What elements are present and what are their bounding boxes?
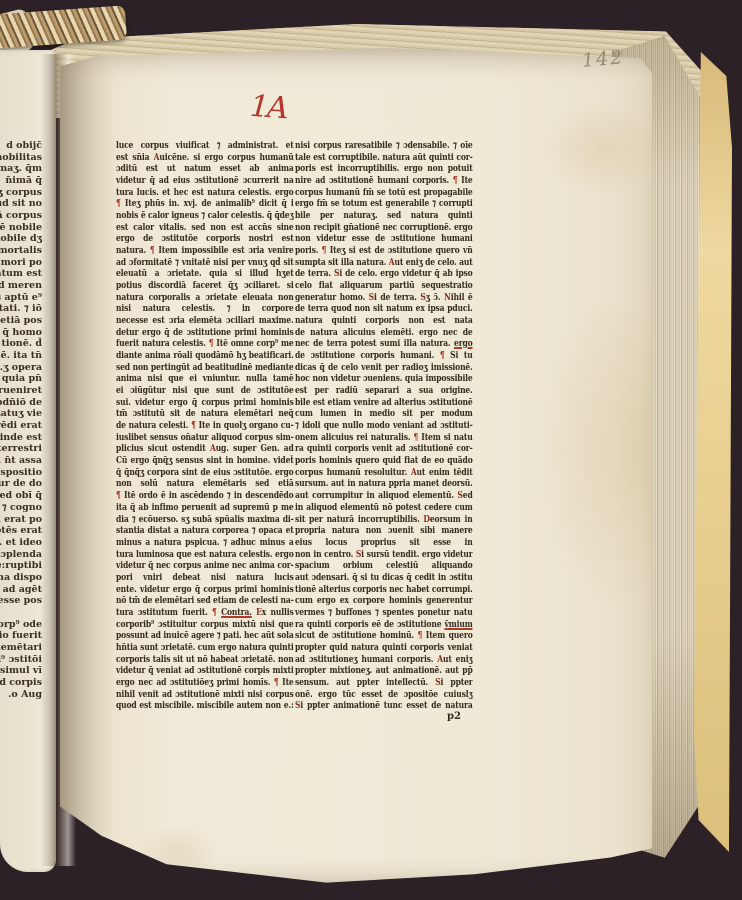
quire-mark: 1A [249, 89, 288, 126]
book-cover-edge [694, 52, 732, 852]
folio-number: 142 [581, 46, 625, 72]
book-photo: d obijc̄nobilitasmaʒ. q̄mn̄imā q̄q̄ʒ cor… [0, 0, 742, 900]
text-column-right: nisi corpus raresatibile ⁊ ɔdensabile. ⁊… [295, 140, 473, 712]
signature-mark: p2 [447, 711, 461, 722]
facing-page-text: d obijc̄nobilitasmaʒ. q̄mn̄imā q̄q̄ʒ cor… [0, 140, 42, 700]
text-column-left: luce corpus viuificat ⁊ administrat. et … [116, 140, 294, 712]
